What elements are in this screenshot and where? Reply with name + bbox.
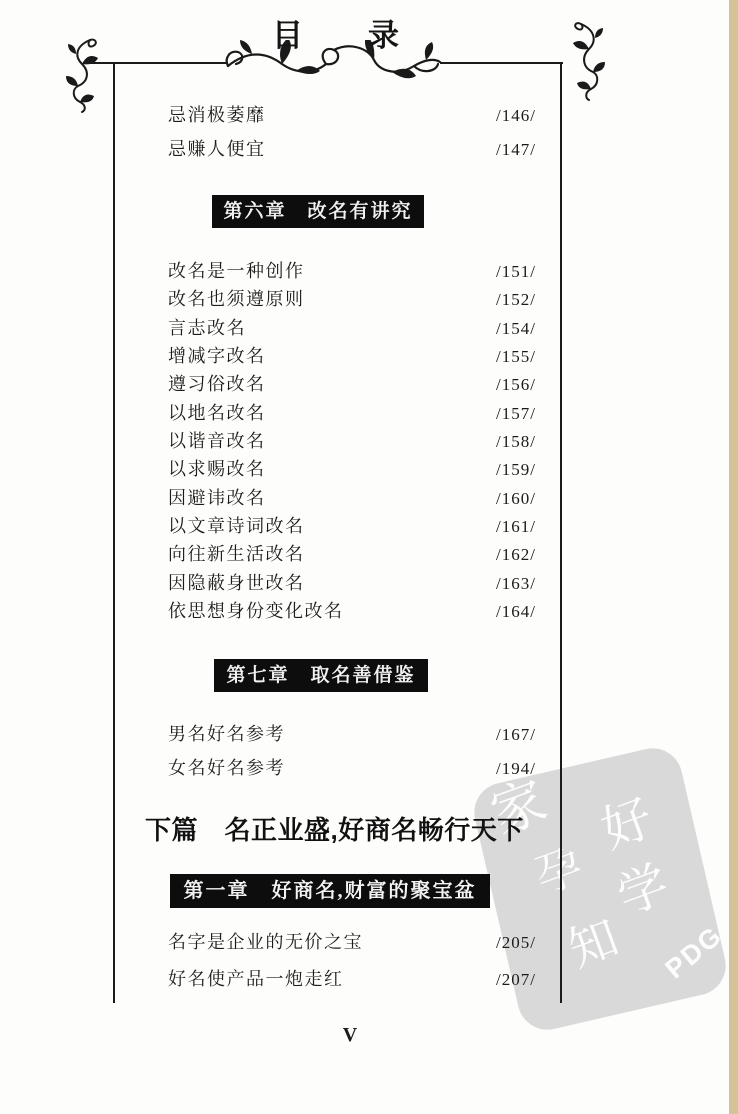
toc-entry-page: /163/	[496, 574, 536, 594]
toc-entry-page: /152/	[496, 290, 536, 310]
toc-entry-title: 遵习俗改名	[168, 370, 266, 396]
toc-entry: 以地名改名 /157/	[168, 399, 536, 427]
toc-entry: 以求赐改名 /159/	[168, 455, 536, 483]
toc-entry-page: /158/	[496, 432, 536, 452]
frame-line-right	[560, 62, 562, 1003]
toc-entry: 遵习俗改名 /156/	[168, 370, 536, 398]
page-number: V	[300, 1024, 400, 1047]
toc-entry-page: /164/	[496, 602, 536, 622]
toc-entry-title: 因隐蔽身世改名	[168, 569, 305, 595]
toc-entry-title: 名字是企业的无价之宝	[168, 928, 363, 954]
toc-entry-title: 言志改名	[168, 314, 246, 340]
toc-entry: 好名使产品一炮走红 /207/	[168, 965, 536, 1002]
page-title: 目 录	[272, 10, 400, 55]
frame-line-top-left	[88, 62, 228, 64]
chapter6-heading: 第六章 改名有讲究	[212, 195, 424, 228]
toc-entry: 名字是企业的无价之宝 /205/	[168, 928, 536, 965]
watermark-glyph: 好	[595, 792, 659, 856]
toc-entry-page: /205/	[496, 933, 536, 953]
toc-entry-page: /162/	[496, 545, 536, 565]
toc-entry-title: 依思想身份变化改名	[168, 597, 344, 623]
toc-entry: 男名好名参考 /167/	[168, 720, 536, 754]
toc-entry-title: 改名也须遵原则	[168, 285, 305, 311]
toc-front-list: 忌消极萎靡 /146/ 忌赚人便宜 /147/	[168, 101, 536, 168]
toc-entry: 女名好名参考 /194/	[168, 754, 536, 788]
toc-entry-title: 增减字改名	[168, 342, 266, 368]
toc-entry-page: /161/	[496, 517, 536, 537]
watermark-glyph: 学	[611, 858, 675, 922]
watermark-glyph: 孕	[530, 843, 589, 902]
toc-entry-page: /194/	[496, 759, 536, 779]
toc-entry-title: 向往新生活改名	[168, 540, 305, 566]
toc-entry-title: 以求赐改名	[168, 455, 266, 481]
toc-entry: 以谐音改名 /158/	[168, 427, 536, 455]
toc-entry-title: 改名是一种创作	[168, 257, 305, 283]
toc-entry-title: 以谐音改名	[168, 427, 266, 453]
toc-entry: 依思想身份变化改名 /164/	[168, 597, 536, 625]
toc-entry-title: 以地名改名	[168, 399, 266, 425]
toc-entry-page: /156/	[496, 375, 536, 395]
part2-heading: 下篇 名正业盛,好商名畅行天下	[145, 810, 524, 847]
chapter7-entry-list: 男名好名参考 /167/ 女名好名参考 /194/	[168, 720, 536, 787]
toc-entry: 增减字改名 /155/	[168, 342, 536, 370]
toc-entry-page: /167/	[496, 725, 536, 745]
toc-entry-page: /155/	[496, 347, 536, 367]
toc-entry: 言志改名 /154/	[168, 314, 536, 342]
vine-ornament-left-icon	[66, 36, 100, 114]
frame-line-top-right	[440, 62, 563, 64]
toc-entry-page: /157/	[496, 404, 536, 424]
frame-line-left	[113, 62, 115, 1003]
vine-ornament-right-icon	[571, 18, 605, 102]
toc-entry-page: /159/	[496, 460, 536, 480]
toc-entry: 改名是一种创作 /151/	[168, 257, 536, 285]
biz-chapter1-entry-list: 名字是企业的无价之宝 /205/ 好名使产品一炮走红 /207/	[168, 928, 536, 1001]
toc-entry-page: /147/	[496, 140, 536, 160]
toc-entry-title: 女名好名参考	[168, 754, 285, 780]
biz-chapter1-heading: 第一章 好商名,财富的聚宝盆	[170, 874, 490, 908]
toc-entry: 以文章诗词改名 /161/	[168, 512, 536, 540]
toc-entry-page: /151/	[496, 262, 536, 282]
toc-entry-title: 忌消极萎靡	[168, 101, 266, 127]
toc-entry: 忌赚人便宜 /147/	[168, 135, 536, 169]
toc-entry-title: 因避讳改名	[168, 484, 266, 510]
toc-entry-title: 男名好名参考	[168, 720, 285, 746]
toc-entry: 忌消极萎靡 /146/	[168, 101, 536, 135]
toc-entry: 改名也须遵原则 /152/	[168, 285, 536, 313]
toc-entry-title: 好名使产品一炮走红	[168, 965, 344, 991]
page-edge-strip	[729, 0, 738, 1114]
chapter6-entry-list: 改名是一种创作 /151/ 改名也须遵原则 /152/ 言志改名 /154/ 增…	[168, 257, 536, 625]
toc-entry-page: /160/	[496, 489, 536, 509]
toc-entry-page: /146/	[496, 106, 536, 126]
toc-entry: 因隐蔽身世改名 /163/	[168, 569, 536, 597]
toc-entry-title: 以文章诗词改名	[168, 512, 305, 538]
scanned-toc-page: 家好孕学知 PDG	[0, 0, 738, 1114]
watermark-glyph: 知	[563, 914, 625, 976]
toc-entry: 向往新生活改名 /162/	[168, 540, 536, 568]
toc-entry-page: /154/	[496, 319, 536, 339]
toc-entry-page: /207/	[496, 970, 536, 990]
toc-entry: 因避讳改名 /160/	[168, 484, 536, 512]
toc-entry-title: 忌赚人便宜	[168, 135, 266, 161]
chapter7-heading: 第七章 取名善借鉴	[214, 659, 428, 692]
